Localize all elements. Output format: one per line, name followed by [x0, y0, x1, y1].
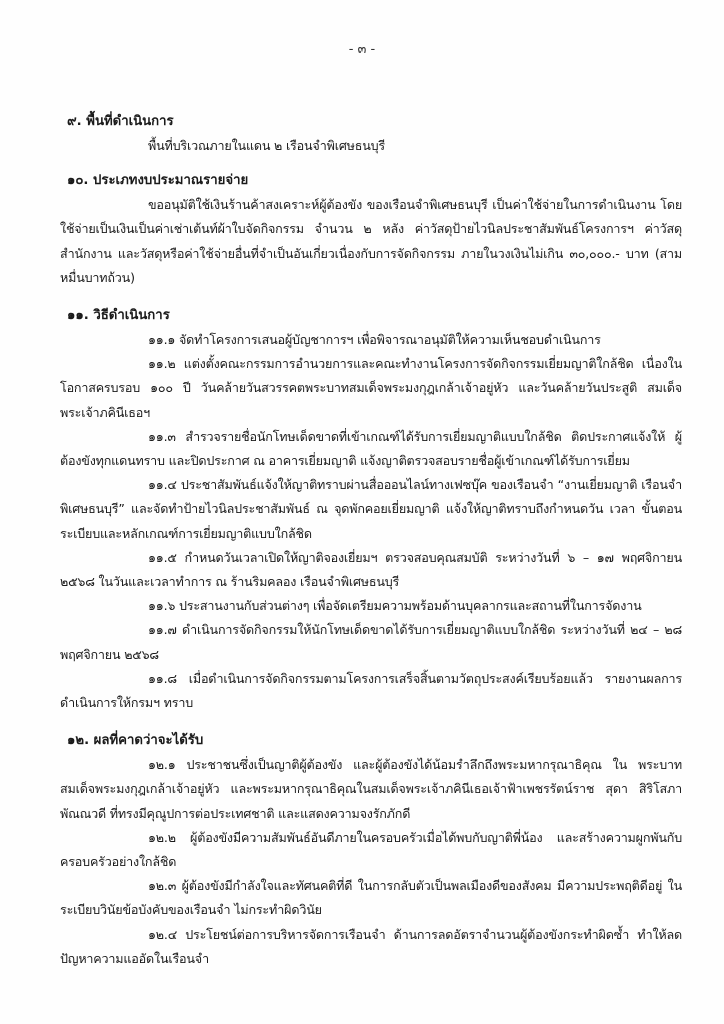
result-item-12-4: ๑๒.๔ ประโยชน์ต่อการบริหารจัดการเรือนจำ ด…	[60, 923, 682, 971]
procedure-item-11-2: ๑๑.๒ แต่งตั้งคณะกรรมการอำนวยการและคณะทำง…	[60, 352, 682, 425]
document-body: ๙. พื้นที่ดำเนินการ พื้นที่บริเวณภายในแด…	[60, 110, 682, 971]
document-page: - ๓ - ๙. พื้นที่ดำเนินการ พื้นที่บริเวณภ…	[0, 0, 724, 1024]
page-number: - ๓ -	[0, 38, 724, 59]
procedure-item-11-7: ๑๑.๗ ดำเนินการจัดกิจกรรมให้นักโทษเด็ดขาด…	[60, 618, 682, 666]
section-12-expected-results: ๑๒. ผลที่คาดว่าจะได้รับ ๑๒.๑ ประชาชนซึ่ง…	[60, 729, 682, 971]
procedure-item-11-8: ๑๑.๘ เมื่อดำเนินการจัดกิจกรรมตามโครงการเ…	[60, 667, 682, 715]
section-11-procedure: ๑๑. วิธีดำเนินการ ๑๑.๑ จัดทำโครงการเสนอผ…	[60, 304, 682, 715]
result-item-12-1: ๑๒.๑ ประชาชนซึ่งเป็นญาติผู้ต้องขัง และผู…	[60, 753, 682, 826]
section-10-budget: ๑๐. ประเภทงบประมาณรายจ่าย ขออนุมัติใช้เง…	[60, 169, 682, 290]
paragraph: ขออนุมัติใช้เงินร้านค้าสงเคราะห์ผู้ต้องข…	[60, 193, 682, 290]
result-item-12-3: ๑๒.๓ ผู้ต้องขังมีกำลังใจและทัศนคติที่ดี …	[60, 874, 682, 922]
procedure-item-11-5: ๑๑.๕ กำหนดวันเวลาเปิดให้ญาติจองเยี่ยมฯ ต…	[60, 546, 682, 594]
result-item-12-2: ๑๒.๒ ผู้ต้องขังมีความสัมพันธ์อันดีภายในค…	[60, 826, 682, 874]
paragraph: พื้นที่บริเวณภายในแดน ๒ เรือนจำพิเศษธนบุ…	[60, 134, 682, 158]
procedure-item-11-1: ๑๑.๑ จัดทำโครงการเสนอผู้บัญชาการฯ เพื่อพ…	[60, 328, 682, 352]
section-9-location: ๙. พื้นที่ดำเนินการ พื้นที่บริเวณภายในแด…	[60, 110, 682, 158]
procedure-item-11-3: ๑๑.๓ สำรวจรายชื่อนักโทษเด็ดขาดที่เข้าเกณ…	[60, 425, 682, 473]
section-heading: ๑๑. วิธีดำเนินการ	[67, 304, 682, 328]
section-heading: ๑๐. ประเภทงบประมาณรายจ่าย	[67, 169, 682, 193]
section-heading: ๑๒. ผลที่คาดว่าจะได้รับ	[67, 729, 682, 753]
section-heading: ๙. พื้นที่ดำเนินการ	[67, 110, 682, 134]
procedure-item-11-6: ๑๑.๖ ประสานงานกับส่วนต่างๆ เพื่อจัดเตรีย…	[60, 594, 682, 618]
procedure-item-11-4: ๑๑.๔ ประชาสัมพันธ์แจ้งให้ญาติทราบผ่านสื่…	[60, 473, 682, 546]
